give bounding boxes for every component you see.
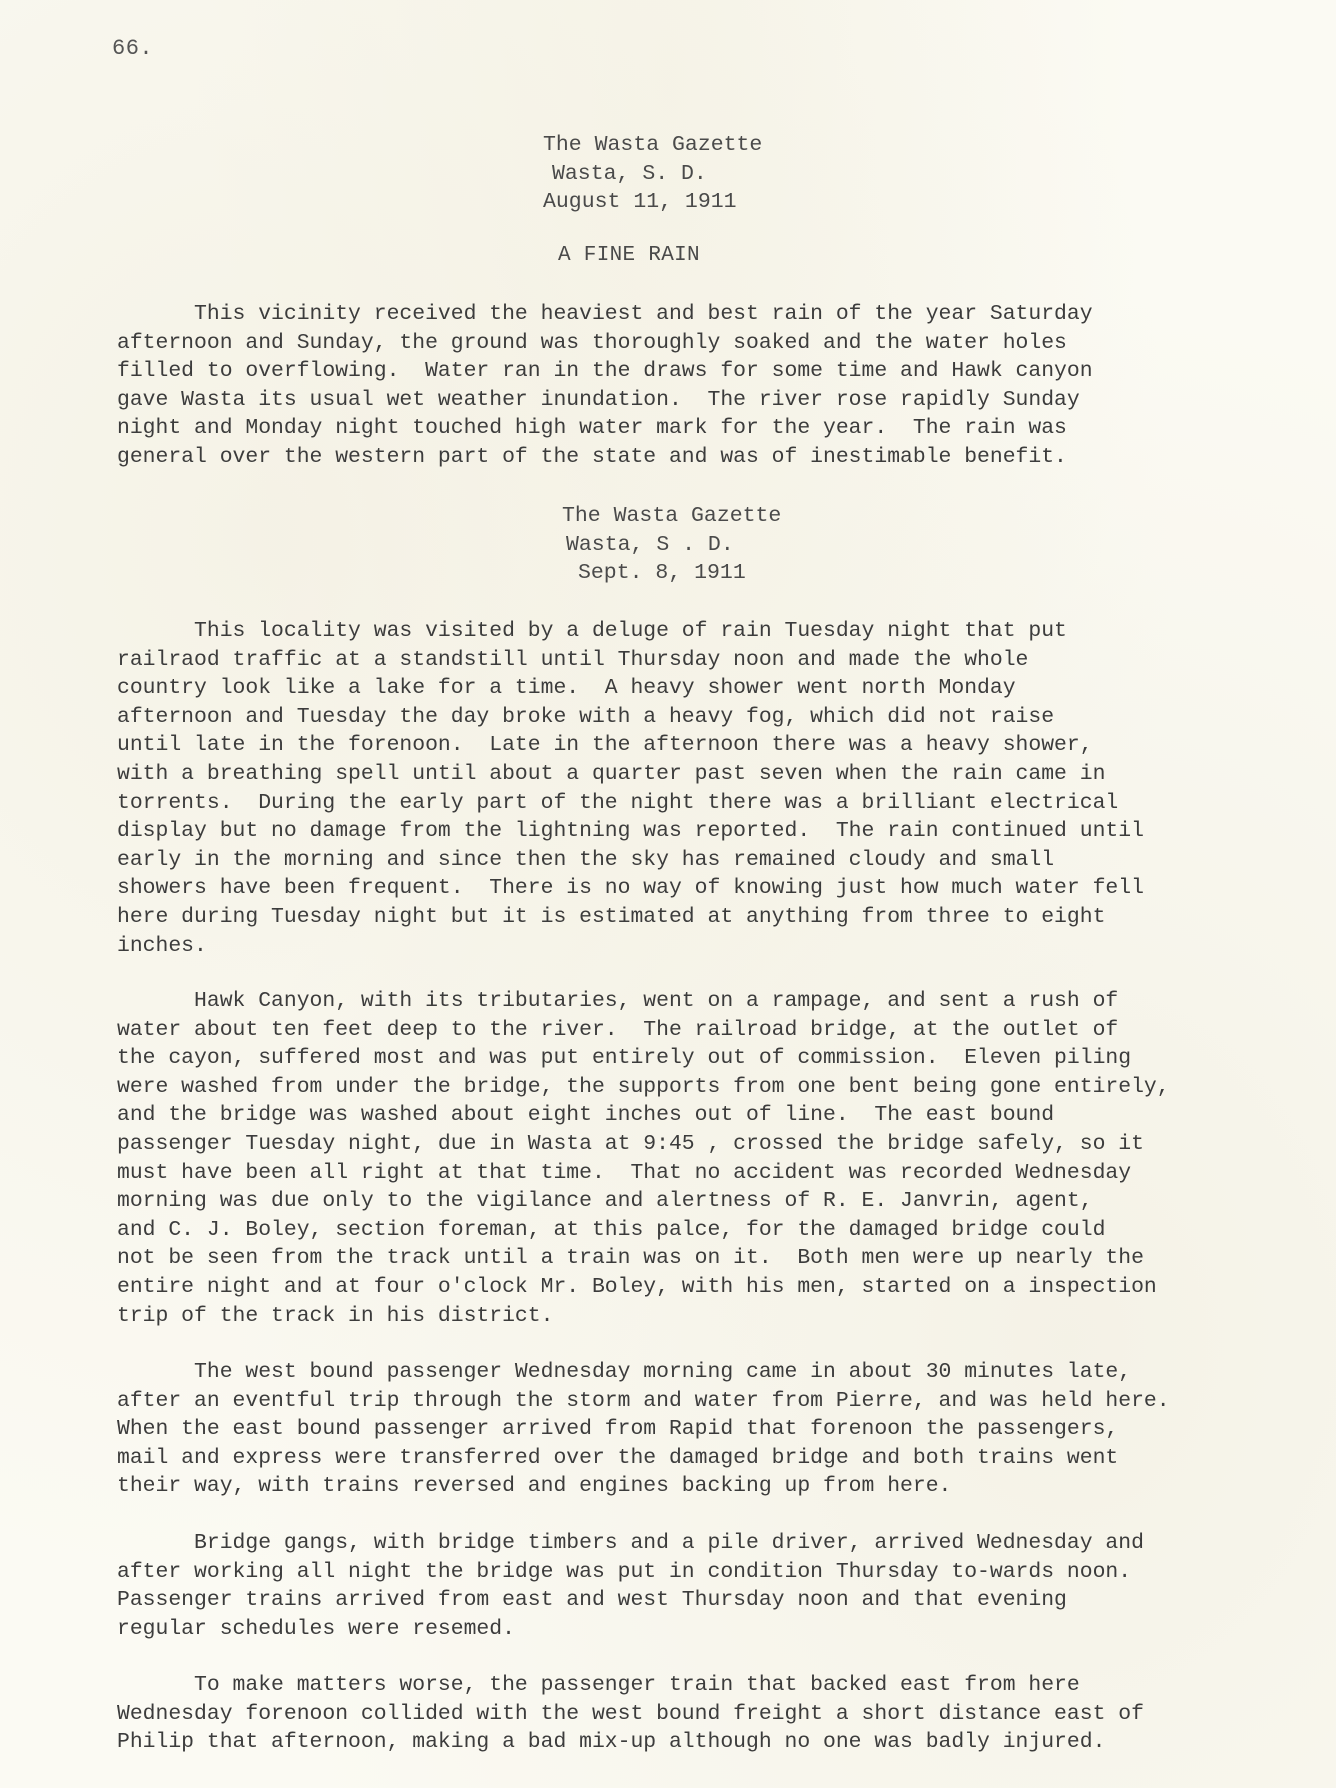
text-line: Bridge gangs, with bridge timbers and a …	[117, 1529, 1297, 1558]
text-line: mail and express were transferred over t…	[117, 1444, 1297, 1473]
masthead-date: Sept. 8, 1911	[578, 559, 1336, 588]
text-line: night and Monday night touched high wate…	[117, 414, 1297, 443]
article-paragraph: Bridge gangs, with bridge timbers and a …	[117, 1529, 1297, 1643]
article-paragraph: Hawk Canyon, with its tributaries, went …	[117, 987, 1297, 1330]
headline-fine-rain: A FINE RAIN	[558, 244, 700, 267]
text-line: after an eventful trip through the storm…	[117, 1387, 1297, 1416]
article-paragraph: This vicinity received the heaviest and …	[117, 300, 1297, 472]
text-line: country look like a lake for a time. A h…	[117, 674, 1297, 703]
text-line: railraod traffic at a standstill until T…	[117, 646, 1297, 675]
text-line: and the bridge was washed about eight in…	[117, 1101, 1297, 1130]
text-line: afternoon and Tuesday the day broke with…	[117, 703, 1297, 732]
text-line: Philip that afternoon, making a bad mix-…	[117, 1728, 1297, 1757]
text-line: until late in the forenoon. Late in the …	[117, 731, 1297, 760]
text-line: with a breathing spell until about a qua…	[117, 760, 1297, 789]
article-paragraph: The west bound passenger Wednesday morni…	[117, 1358, 1297, 1501]
masthead-paper-name: The Wasta Gazette	[543, 131, 1336, 160]
text-line: after working all night the bridge was p…	[117, 1558, 1297, 1587]
paragraph-text: This locality was visited by a deluge of…	[117, 617, 1297, 960]
document-page: 66. The Wasta Gazette Wasta, S. D. Augus…	[0, 0, 1336, 1788]
masthead-place: Wasta, S. D.	[552, 160, 1336, 189]
text-line: To make matters worse, the passenger tra…	[117, 1671, 1297, 1700]
text-line: entire night and at four o'clock Mr. Bol…	[117, 1273, 1297, 1302]
text-line: and C. J. Boley, section foreman, at thi…	[117, 1216, 1297, 1245]
text-line: regular schedules were resemed.	[117, 1615, 1297, 1644]
text-line: must have been all right at that time. T…	[117, 1159, 1297, 1188]
text-line: the cayon, suffered most and was put ent…	[117, 1044, 1297, 1073]
paragraph-text: Bridge gangs, with bridge timbers and a …	[117, 1529, 1297, 1643]
paragraph-text: To make matters worse, the passenger tra…	[117, 1671, 1297, 1757]
text-line: display but no damage from the lightning…	[117, 817, 1297, 846]
text-line: gave Wasta its usual wet weather inundat…	[117, 386, 1297, 415]
text-line: here during Tuesday night but it is esti…	[117, 903, 1297, 932]
text-line: When the east bound passenger arrived fr…	[117, 1415, 1297, 1444]
text-line: inches.	[117, 932, 1297, 961]
article-paragraph: To make matters worse, the passenger tra…	[117, 1671, 1297, 1757]
masthead-place: Wasta, S . D.	[566, 531, 1336, 560]
paragraph-text: Hawk Canyon, with its tributaries, went …	[117, 987, 1297, 1330]
text-line: trip of the track in his district.	[117, 1302, 1297, 1331]
text-line: showers have been frequent. There is no …	[117, 874, 1297, 903]
text-line: Passenger trains arrived from east and w…	[117, 1586, 1297, 1615]
text-line: Wednesday forenoon collided with the wes…	[117, 1700, 1297, 1729]
text-line: filled to overflowing. Water ran in the …	[117, 357, 1297, 386]
text-line: passenger Tuesday night, due in Wasta at…	[117, 1130, 1297, 1159]
masthead-sept-1911: The Wasta Gazette Wasta, S . D. Sept. 8,…	[0, 502, 1336, 588]
text-line: not be seen from the track until a train…	[117, 1244, 1297, 1273]
text-line: The west bound passenger Wednesday morni…	[117, 1358, 1297, 1387]
paragraph-text: This vicinity received the heaviest and …	[117, 300, 1297, 472]
text-line: water about ten feet deep to the river. …	[117, 1016, 1297, 1045]
text-line: This vicinity received the heaviest and …	[117, 300, 1297, 329]
masthead-paper-name: The Wasta Gazette	[562, 502, 1336, 531]
text-line: afternoon and Sunday, the ground was tho…	[117, 329, 1297, 358]
text-line: general over the western part of the sta…	[117, 443, 1297, 472]
article-paragraph: This locality was visited by a deluge of…	[117, 617, 1297, 960]
text-line: their way, with trains reversed and engi…	[117, 1472, 1297, 1501]
page-number: 66.	[112, 36, 153, 61]
masthead-date: August 11, 1911	[543, 188, 1336, 217]
text-line: This locality was visited by a deluge of…	[117, 617, 1297, 646]
text-line: Hawk Canyon, with its tributaries, went …	[117, 987, 1297, 1016]
text-line: early in the morning and since then the …	[117, 846, 1297, 875]
text-line: torrents. During the early part of the n…	[117, 789, 1297, 818]
masthead-august-1911: The Wasta Gazette Wasta, S. D. August 11…	[0, 131, 1336, 217]
paragraph-text: The west bound passenger Wednesday morni…	[117, 1358, 1297, 1501]
text-line: were washed from under the bridge, the s…	[117, 1073, 1297, 1102]
text-line: morning was due only to the vigilance an…	[117, 1187, 1297, 1216]
